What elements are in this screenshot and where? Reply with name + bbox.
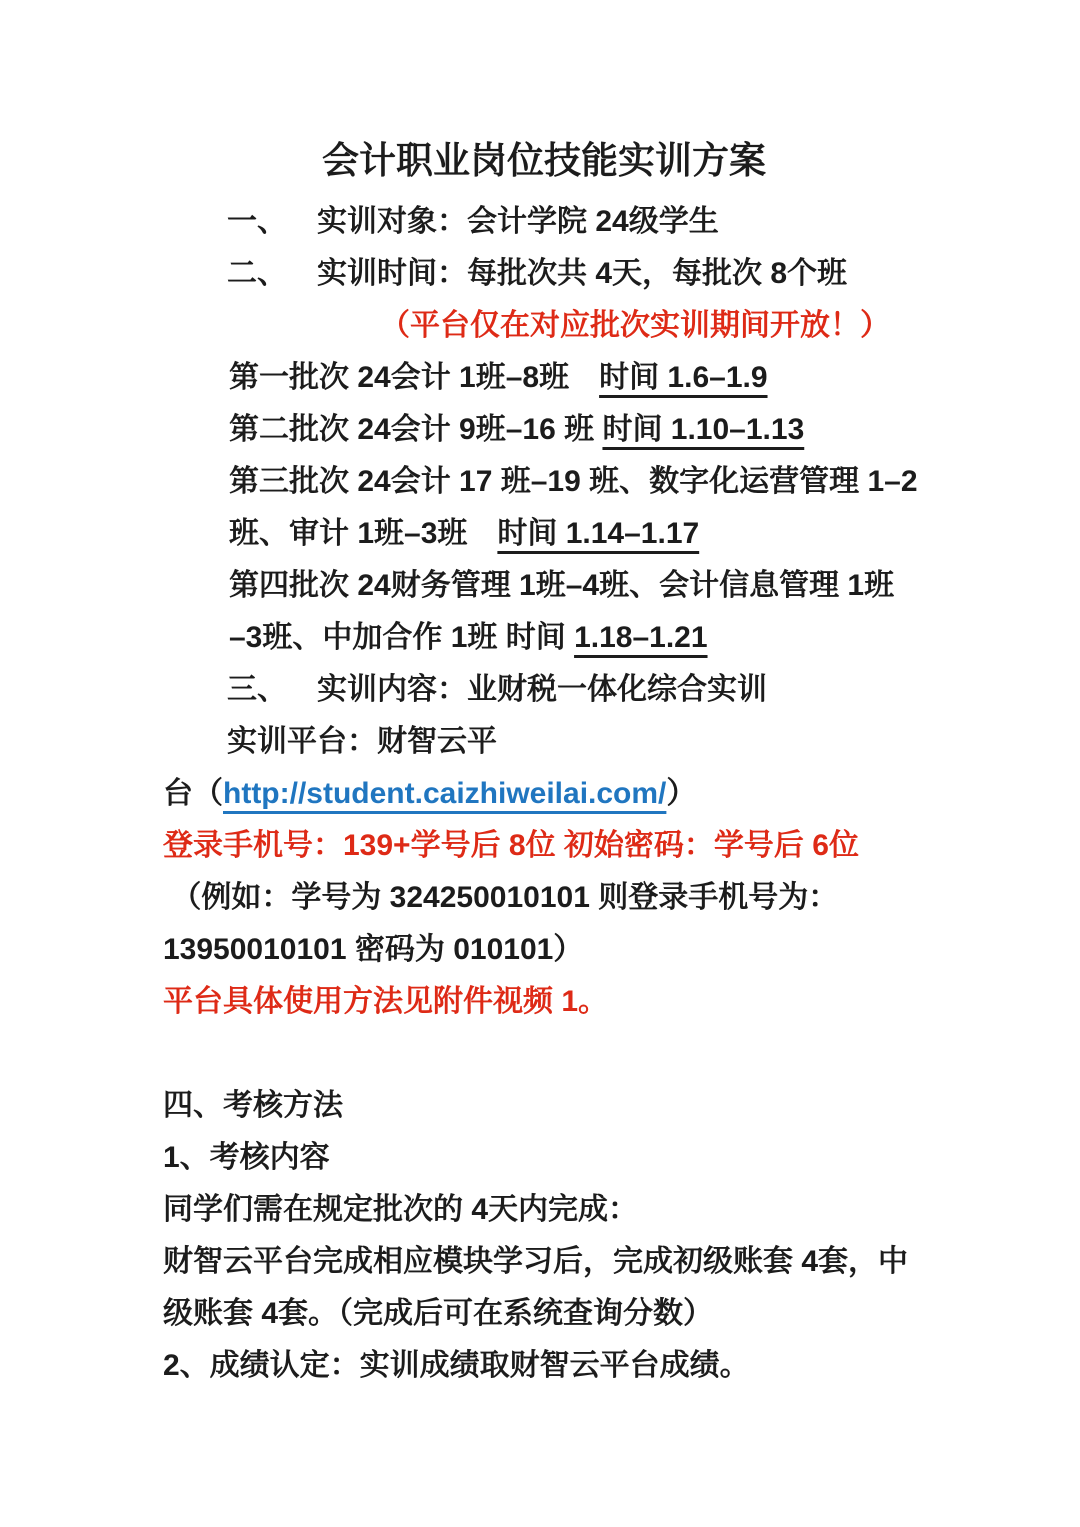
platform-line-2-suffix: ） [666,777,696,810]
batch-1-text: 第一批次 24会计 1班–8班 [229,361,599,394]
batch-1-time: 时间 1.6–1.9 [599,361,767,394]
list-item-3-number: 三、 [227,673,287,706]
batch-2-time: 时间 1.10–1.13 [602,413,804,446]
batch-3-text-1: 第三批次 24会计 17 班–19 班、数字化运营管理 1–2 [229,465,918,498]
section-4-body-3: 级账套 4套。（完成后可在系统查询分数） [163,1288,925,1340]
section-4-sub-1: 1、考核内容 [163,1132,925,1184]
login-credentials-notice: 登录手机号：139+学号后 8位 初始密码：学号后 6位 [163,820,925,872]
platform-url-link[interactable]: http://student.caizhiweilai.com/ [223,777,666,810]
list-item-2-text: 实训时间：每批次共 4天，每批次 8个班 [317,257,847,290]
batch-3-text-2: 班、审计 1班–3班 [229,517,497,550]
platform-line-2-prefix: 台（ [163,777,223,810]
list-item-training-time: 二、实训时间：每批次共 4天，每批次 8个班 [227,248,925,300]
platform-line-1: 实训平台：财智云平 [227,716,925,768]
list-item-training-content: 三、实训内容：业财税一体化综合实训 [227,664,925,716]
list-item-1-text: 实训对象：会计学院 24级学生 [317,205,719,238]
platform-open-notice: （平台仅在对应批次实训期间开放！） [380,300,925,352]
batch-1-line: 第一批次 24会计 1班–8班 时间 1.6–1.9 [229,352,925,404]
example-line-2: 13950010101 密码为 010101） [163,924,925,976]
batch-4-text-2: –3班、中加合作 1班 时间 [229,621,574,654]
blank-line [163,1028,925,1080]
section-4-body-2: 财智云平台完成相应模块学习后，完成初级账套 4套，中 [163,1236,925,1288]
batch-2-line: 第二批次 24会计 9班–16 班 时间 1.10–1.13 [229,404,925,456]
batch-4-time: 1.18–1.21 [574,621,707,654]
example-line-1: （例如：学号为 324250010101 则登录手机号为： [163,872,925,924]
batch-3-line-2: 班、审计 1班–3班 时间 1.14–1.17 [229,508,925,560]
batch-4-line-2: –3班、中加合作 1班 时间 1.18–1.21 [229,612,925,664]
platform-line-2: 台（http://student.caizhiweilai.com/） [163,768,925,820]
section-4-sub-2: 2、成绩认定：实训成绩取财智云平台成绩。 [163,1340,925,1392]
batch-4-line-1: 第四批次 24财务管理 1班–4班、会计信息管理 1班 [229,560,925,612]
list-item-2-number: 二、 [227,257,287,290]
list-item-1-number: 一、 [227,205,287,238]
batch-4-text-1: 第四批次 24财务管理 1班–4班、会计信息管理 1班 [229,569,894,602]
section-4-body-1: 同学们需在规定批次的 4天内完成： [163,1184,925,1236]
page-title: 会计职业岗位技能实训方案 [163,126,925,196]
batch-2-text: 第二批次 24会计 9班–16 班 [229,413,602,446]
section-4-heading: 四、考核方法 [163,1080,925,1132]
batch-3-line-1: 第三批次 24会计 17 班–19 班、数字化运营管理 1–2 [229,456,925,508]
list-item-training-target: 一、实训对象：会计学院 24级学生 [227,196,925,248]
document-page: 会计职业岗位技能实训方案 一、实训对象：会计学院 24级学生 二、实训时间：每批… [0,0,1080,1527]
video-usage-note: 平台具体使用方法见附件视频 1。 [163,976,925,1028]
batch-3-time: 时间 1.14–1.17 [497,517,699,550]
list-item-3-text: 实训内容：业财税一体化综合实训 [317,673,767,706]
